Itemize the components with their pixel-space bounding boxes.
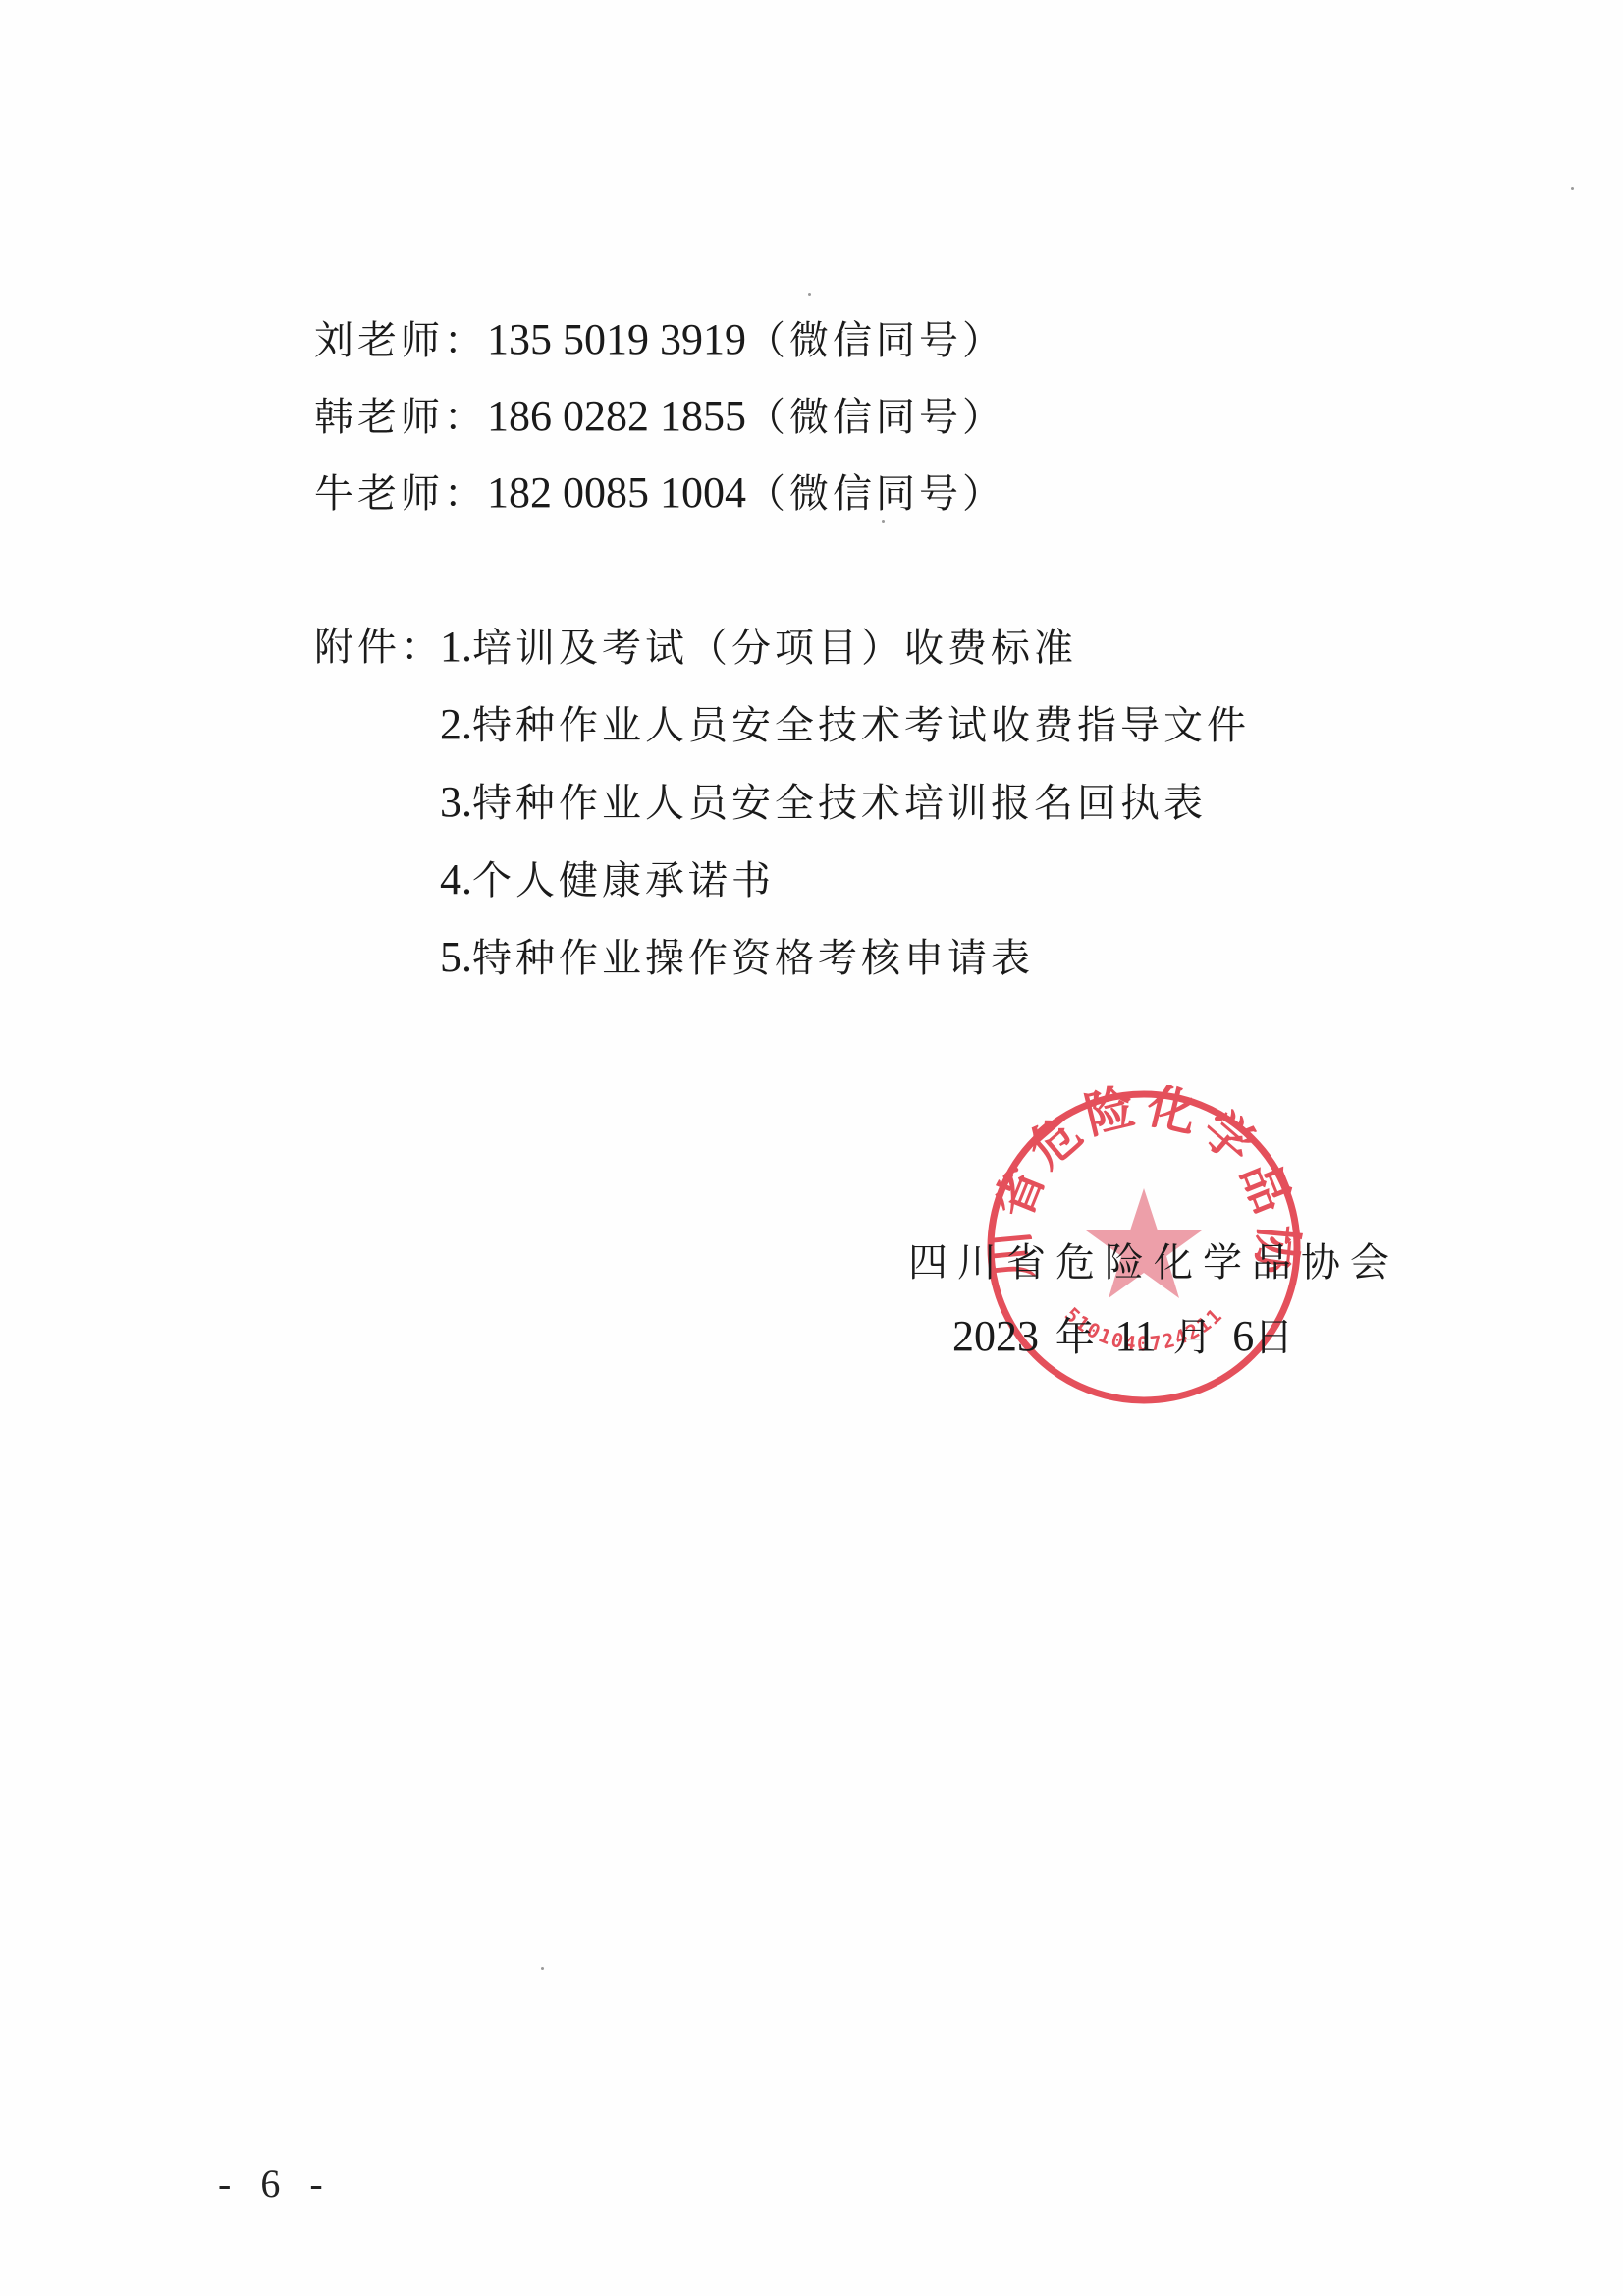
attachment-title: 特种作业操作资格考核申请表 (472, 936, 1034, 981)
contact-name: 刘老师： (314, 318, 487, 363)
attachment-item: 1.培训及考试（分项目）收费标准 (440, 624, 1077, 672)
attachment-item: 2.特种作业人员安全技术考试收费指导文件 (440, 701, 1250, 749)
contact-name: 牛老师： (314, 471, 487, 517)
contact-line: 韩老师：186 0282 1855（微信同号） (314, 393, 1005, 441)
attachment-number: 2. (440, 700, 472, 748)
date-month-unit: 月 (1173, 1315, 1217, 1360)
attachment-item: 4.个人健康承诺书 (440, 856, 775, 904)
contact-line: 刘老师：135 5019 3919（微信同号） (314, 316, 1005, 364)
attachment-number: 3. (440, 778, 472, 826)
attachments-label: 附件： (314, 624, 444, 671)
scan-speck (1571, 187, 1574, 190)
attachment-item: 3.特种作业人员安全技术培训报名回执表 (440, 779, 1207, 827)
date-day: 6 (1232, 1312, 1254, 1360)
scan-speck (808, 293, 811, 296)
contact-phone: 186 0282 1855 (487, 392, 746, 440)
page-number: - 6 - (218, 2160, 333, 2207)
attachment-title: 特种作业人员安全技术培训报名回执表 (472, 781, 1207, 826)
attachment-title: 特种作业人员安全技术考试收费指导文件 (472, 703, 1250, 748)
signature-date: 2023 年 11 月 6日 (952, 1313, 1297, 1361)
attachment-number: 1. (440, 623, 472, 671)
date-month: 11 (1114, 1312, 1156, 1360)
attachment-title: 个人健康承诺书 (472, 858, 775, 903)
contact-note: （微信同号） (746, 471, 1005, 517)
contact-note: （微信同号） (746, 395, 1005, 440)
attachment-item: 5.特种作业操作资格考核申请表 (440, 934, 1034, 982)
contact-name: 韩老师： (314, 395, 487, 440)
scan-speck (541, 1967, 544, 1970)
contact-note: （微信同号） (746, 318, 1005, 363)
contact-phone: 135 5019 3919 (487, 315, 746, 363)
contact-phone: 182 0085 1004 (487, 468, 746, 517)
signature-organization: 四川省危险化学品协会 (908, 1239, 1399, 1286)
date-year-unit: 年 (1055, 1315, 1099, 1360)
document-page: 刘老师：135 5019 3919（微信同号） 韩老师：186 0282 185… (0, 0, 1623, 2296)
attachment-title: 培训及考试（分项目）收费标准 (472, 626, 1077, 671)
scan-speck (882, 520, 885, 523)
contact-line: 牛老师：182 0085 1004（微信同号） (314, 469, 1005, 518)
attachment-number: 5. (440, 933, 472, 981)
attachment-number: 4. (440, 855, 472, 903)
date-day-unit: 日 (1254, 1315, 1297, 1360)
date-year: 2023 (952, 1312, 1039, 1360)
